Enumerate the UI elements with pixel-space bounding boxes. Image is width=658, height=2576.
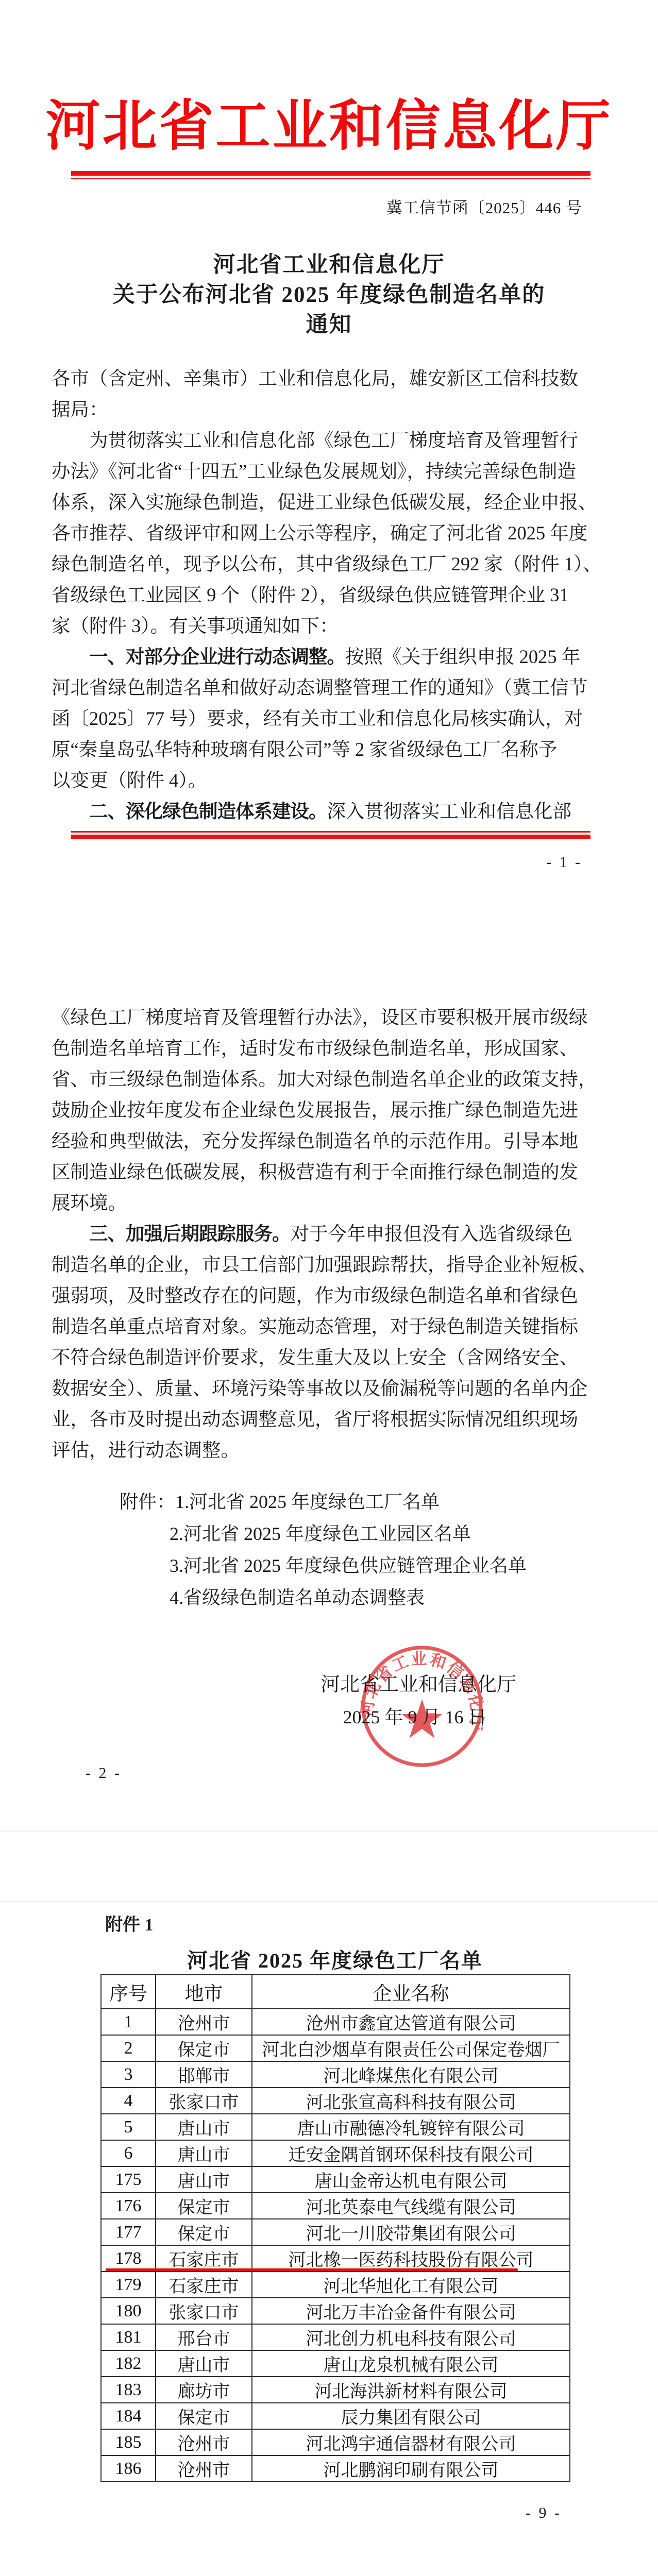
body-text-line: 函〔2025〕77 号）要求，经有关市工业和信息化局核实确认，对 — [52, 703, 598, 734]
page-number-1: - 1 - — [536, 853, 593, 872]
body-text: 河北省绿色制造名单和做好动态调整管理工作的通知》（冀工信节 — [52, 677, 587, 698]
table-column-header: 企业名称 — [252, 1975, 570, 2009]
signature-date: 2025 年 9 月 16 日 — [314, 1705, 515, 1729]
body-text: 展环境。 — [52, 1192, 127, 1213]
body-text: 鼓励企业按年度发布企业绿色发展报告，展示推广绿色制造先进 — [52, 1099, 578, 1121]
document-number: 冀工信节函〔2025〕446 号 — [0, 198, 582, 218]
body-text-line: 不符合绿色制造评价要求，发生重大及以上安全（含网络安全、 — [52, 1342, 598, 1373]
notice-title-line: 关于公布河北省 2025 年度绿色制造名单的 — [0, 280, 658, 310]
body-text-line: 一、对部分企业进行动态调整。按照《关于组织申报 2025 年 — [52, 641, 598, 672]
table-row: 3邯郸市河北峰煤焦化有限公司 — [101, 2061, 570, 2088]
body-text-line: 各市推荐、省级评审和网上公示等程序，确定了河北省 2025 年度 — [52, 518, 598, 549]
body-text: 省级绿色工业园区 9 个（附件 2），省级绿色供应链管理企业 31 — [52, 584, 569, 605]
table-row: 1沧州市沧州市鑫宜达管道有限公司 — [101, 2009, 570, 2035]
row-number-cell: 185 — [101, 2429, 156, 2455]
company-name-cell: 唐山龙泉机械有限公司 — [252, 2350, 570, 2377]
company-name-cell: 河北峰煤焦化有限公司 — [252, 2061, 570, 2088]
rule-thin-bar — [71, 178, 590, 179]
company-name-cell: 辰力集团有限公司 — [252, 2403, 570, 2429]
company-name-cell: 河北华旭化工有限公司 — [252, 2272, 570, 2298]
section-heading-text: 二、深化绿色制造体系建设。 — [89, 801, 327, 822]
city-cell: 沧州市 — [156, 2429, 252, 2455]
body-text-line: 色制造名单培育工作，适时发布市级绿色制造名单，形成国家、 — [52, 1033, 598, 1064]
page1-body: 各市（含定州、辛集市）工业和信息化局，雄安新区工信科技数据局：为贯彻落实工业和信… — [52, 363, 598, 827]
table-row: 2保定市河北白沙烟草有限责任公司保定卷烟厂 — [101, 2035, 570, 2061]
official-document: 河北省工业和信息化厅 冀工信节函〔2025〕446 号 河北省工业和信息化厅关于… — [0, 0, 658, 2576]
page-number-9: - 9 - — [515, 2504, 572, 2522]
table-row: 177保定市河北一川胶带集团有限公司 — [101, 2219, 570, 2245]
row-number-cell: 183 — [101, 2377, 156, 2403]
body-text-line: 制造名单重点培育对象。实施动态管理，对于绿色制造关键指标 — [52, 1311, 598, 1342]
body-text-line: 体系，深入实施绿色制造，促进工业绿色低碳发展，经企业申报、 — [52, 487, 598, 518]
row-number-cell: 176 — [101, 2193, 156, 2219]
table-row: 6唐山市迁安金隅首钢环保科技有限公司 — [101, 2140, 570, 2166]
table-column-header: 地市 — [156, 1975, 252, 2009]
section-heading-text: 三、加强后期跟踪服务。 — [89, 1223, 291, 1244]
body-text: 强弱项，及时整改存在的问题，作为市级绿色制造名单和省绿色 — [52, 1285, 578, 1306]
body-text-line: 绿色制造名单，现予以公布，其中省级绿色工厂 292 家（附件 1）、 — [52, 549, 598, 580]
body-text: 业，各市及时提出动态调整意见，省厅将根据实际情况组织现场 — [52, 1409, 578, 1430]
body-text-line: 评估，进行动态调整。 — [52, 1435, 598, 1466]
page2-body: 《绿色工厂梯度培育及管理暂行办法》，设区市要积极开展市级绿色制造名单培育工作，适… — [52, 1002, 598, 1466]
row-number-cell: 180 — [101, 2298, 156, 2324]
company-name-cell: 河北英泰电气线缆有限公司 — [252, 2193, 570, 2219]
company-name-cell: 河北橡一医药科技股份有限公司 — [252, 2245, 570, 2272]
city-cell: 石家庄市 — [156, 2272, 252, 2298]
body-text: 办法》《河北省“十四五”工业绿色发展规划》，持续完善绿色制造 — [52, 461, 576, 482]
body-text-line: 家（附件 3）。有关事项通知如下： — [52, 611, 598, 641]
row-number-cell: 4 — [101, 2088, 156, 2114]
table-row: 179石家庄市河北华旭化工有限公司 — [101, 2272, 570, 2298]
body-text-line: 制造名单的企业，市县工信部门加强跟踪帮扶，指导企业补短板、 — [52, 1249, 598, 1280]
body-text-line: 河北省绿色制造名单和做好动态调整管理工作的通知》（冀工信节 — [52, 672, 598, 703]
attachment-item: 3.河北省 2025 年度绿色供应链管理企业名单 — [120, 1550, 527, 1582]
city-cell: 张家口市 — [156, 2088, 252, 2114]
page-separator-line — [0, 1901, 658, 1902]
green-factory-table: 序号地市企业名称 1沧州市沧州市鑫宜达管道有限公司2保定市河北白沙烟草有限责任公… — [100, 1974, 570, 2482]
table-row: 186沧州市河北鹏润印刷有限公司 — [101, 2455, 570, 2482]
body-text: 原“秦皇岛弘华特种玻璃有限公司”等 2 家省级绿色工厂名称予 — [52, 739, 557, 760]
company-name-cell: 河北鸿宇通信器材有限公司 — [252, 2429, 570, 2455]
table-row: 175唐山市唐山金帝达机电有限公司 — [101, 2166, 570, 2193]
table-row: 180张家口市河北万丰冶金备件有限公司 — [101, 2298, 570, 2324]
body-text: 体系，深入实施绿色制造，促进工业绿色低碳发展，经企业申报、 — [52, 492, 597, 513]
body-text: 对于今年申报但没有入选省级绿色 — [291, 1223, 573, 1244]
body-text: 色制造名单培育工作，适时发布市级绿色制造名单，形成国家、 — [52, 1038, 578, 1059]
rule-thick-bar — [71, 835, 590, 839]
row-number-cell: 179 — [101, 2272, 156, 2298]
row-number-cell: 181 — [101, 2324, 156, 2350]
notice-title-line: 河北省工业和信息化厅 — [0, 250, 658, 280]
table-header-row: 序号地市企业名称 — [101, 1975, 570, 2009]
table-row: 4张家口市河北张宣高科科技有限公司 — [101, 2088, 570, 2114]
row-number-cell: 177 — [101, 2219, 156, 2245]
section-heading-text: 一、对部分企业进行动态调整。 — [89, 646, 345, 667]
body-text-line: 数据安全）、质量、环境污染等事故以及偷漏税等问题的名单内企 — [52, 1373, 598, 1404]
city-cell: 石家庄市 — [156, 2245, 252, 2272]
city-cell: 唐山市 — [156, 2140, 252, 2166]
body-text-line: 省、市三级绿色制造体系。加大对绿色制造名单企业的政策支持， — [52, 1064, 598, 1095]
page-separator-line — [0, 1831, 658, 1832]
city-cell: 保定市 — [156, 2219, 252, 2245]
body-text-line: 展环境。 — [52, 1188, 598, 1218]
body-text-line: 区制造业绿色低碳发展，积极营造有利于全面推行绿色制造的发 — [52, 1157, 598, 1188]
body-text-line: 《绿色工厂梯度培育及管理暂行办法》，设区市要积极开展市级绿 — [52, 1002, 598, 1033]
body-text: 评估，进行动态调整。 — [52, 1439, 240, 1461]
rule-thick-bar — [71, 171, 590, 176]
table-row: 185沧州市河北鸿宇通信器材有限公司 — [101, 2429, 570, 2455]
row-number-cell: 178 — [101, 2245, 156, 2272]
body-text-line: 强弱项，及时整改存在的问题，作为市级绿色制造名单和省绿色 — [52, 1280, 598, 1311]
notice-title-line: 通知 — [0, 310, 658, 340]
company-name-cell: 河北张宣高科科技有限公司 — [252, 2088, 570, 2114]
body-text: 区制造业绿色低碳发展，积极营造有利于全面推行绿色制造的发 — [52, 1161, 578, 1182]
city-cell: 唐山市 — [156, 2114, 252, 2140]
body-text-line: 据局： — [52, 394, 598, 425]
city-cell: 邢台市 — [156, 2324, 252, 2350]
row-number-cell: 175 — [101, 2166, 156, 2193]
body-text-line: 省级绿色工业园区 9 个（附件 2），省级绿色供应链管理企业 31 — [52, 580, 598, 611]
company-name-cell: 沧州市鑫宜达管道有限公司 — [252, 2009, 570, 2035]
body-text: 绿色制造名单，现予以公布，其中省级绿色工厂 292 家（附件 1）、 — [52, 553, 602, 574]
annex1-label: 附件 1 — [105, 1914, 154, 1936]
annex1-table-title: 河北省 2025 年度绿色工厂名单 — [100, 1948, 569, 1973]
body-text: 以变更（附件 4）。 — [52, 770, 207, 791]
company-name-cell: 唐山金帝达机电有限公司 — [252, 2166, 570, 2193]
city-cell: 保定市 — [156, 2403, 252, 2429]
company-name-cell: 河北一川胶带集团有限公司 — [252, 2219, 570, 2245]
table-row: 176保定市河北英泰电气线缆有限公司 — [101, 2193, 570, 2219]
row-number-cell: 5 — [101, 2114, 156, 2140]
body-text-line: 办法》《河北省“十四五”工业绿色发展规划》，持续完善绿色制造 — [52, 456, 598, 487]
table-row: 183廊坊市河北海洪新材料有限公司 — [101, 2377, 570, 2403]
table-column-header: 序号 — [101, 1975, 156, 2009]
page1-bottom-double-rule — [71, 831, 590, 839]
body-text: 家（附件 3）。有关事项通知如下： — [52, 615, 339, 636]
body-text: 按照《关于组织申报 2025 年 — [345, 646, 580, 667]
table-row: 182唐山市唐山龙泉机械有限公司 — [101, 2350, 570, 2377]
row-number-cell: 184 — [101, 2403, 156, 2429]
body-text-line: 经验和典型做法，充分发挥绿色制造名单的示范作用。引导本地 — [52, 1126, 598, 1157]
city-cell: 沧州市 — [156, 2455, 252, 2482]
city-cell: 保定市 — [156, 2035, 252, 2061]
row-number-cell: 3 — [101, 2061, 156, 2088]
body-text: 函〔2025〕77 号）要求，经有关市工业和信息化局核实确认，对 — [52, 708, 583, 729]
row-number-cell: 186 — [101, 2455, 156, 2482]
body-text-line: 为贯彻落实工业和信息化部《绿色工厂梯度培育及管理暂行 — [52, 425, 598, 456]
company-name-cell: 河北海洪新材料有限公司 — [252, 2377, 570, 2403]
notice-title: 河北省工业和信息化厅关于公布河北省 2025 年度绿色制造名单的通知 — [0, 250, 658, 340]
attachment-item: 2.河北省 2025 年度绿色工业园区名单 — [120, 1518, 527, 1550]
body-text: 各市（含定州、辛集市）工业和信息化局，雄安新区工信科技数 — [52, 368, 578, 389]
city-cell: 唐山市 — [156, 2350, 252, 2377]
body-text: 《绿色工厂梯度培育及管理暂行办法》，设区市要积极开展市级绿 — [52, 1007, 587, 1028]
table-row: 184保定市辰力集团有限公司 — [101, 2403, 570, 2429]
body-text: 数据安全）、质量、环境污染等事故以及偷漏税等问题的名单内企 — [52, 1378, 587, 1399]
company-name-cell: 河北鹏润印刷有限公司 — [252, 2455, 570, 2482]
letterhead-double-rule — [71, 171, 590, 179]
body-text-line: 业，各市及时提出动态调整意见，省厅将根据实际情况组织现场 — [52, 1404, 598, 1435]
body-text-line: 鼓励企业按年度发布企业绿色发展报告，展示推广绿色制造先进 — [52, 1095, 598, 1126]
city-cell: 张家口市 — [156, 2298, 252, 2324]
body-text: 省、市三级绿色制造体系。加大对绿色制造名单企业的政策支持， — [52, 1069, 597, 1090]
body-text: 为贯彻落实工业和信息化部《绿色工厂梯度培育及管理暂行 — [89, 430, 578, 451]
table-row: 5唐山市唐山市融德冷轧镀锌有限公司 — [101, 2114, 570, 2140]
row-number-cell: 2 — [101, 2035, 156, 2061]
city-cell: 邯郸市 — [156, 2061, 252, 2088]
body-text-line: 原“秦皇岛弘华特种玻璃有限公司”等 2 家省级绿色工厂名称予 — [52, 734, 598, 765]
body-text: 各市推荐、省级评审和网上公示等程序，确定了河北省 2025 年度 — [52, 522, 587, 544]
body-text-line: 各市（含定州、辛集市）工业和信息化局，雄安新区工信科技数 — [52, 363, 598, 394]
city-cell: 廊坊市 — [156, 2377, 252, 2403]
row-number-cell: 182 — [101, 2350, 156, 2377]
rule-thin-bar — [71, 831, 590, 833]
company-name-cell: 迁安金隅首钢环保科技有限公司 — [252, 2140, 570, 2166]
row-178-red-underline — [106, 2268, 518, 2271]
city-cell: 唐山市 — [156, 2166, 252, 2193]
body-text-line: 以变更（附件 4）。 — [52, 765, 598, 796]
row-number-cell: 6 — [101, 2140, 156, 2166]
attachment-item: 4.省级绿色制造名单动态调整表 — [120, 1582, 527, 1614]
body-text: 制造名单重点培育对象。实施动态管理，对于绿色制造关键指标 — [52, 1316, 578, 1337]
city-cell: 沧州市 — [156, 2009, 252, 2035]
body-text: 不符合绿色制造评价要求，发生重大及以上安全（含网络安全、 — [52, 1347, 578, 1368]
body-text: 深入贯彻落实工业和信息化部 — [327, 801, 572, 822]
row-number-cell: 1 — [101, 2009, 156, 2035]
company-name-cell: 河北创力机电科技有限公司 — [252, 2324, 570, 2350]
attachment-item: 附件：1.河北省 2025 年度绿色工厂名单 — [120, 1486, 527, 1518]
table-row: 178石家庄市河北橡一医药科技股份有限公司 — [101, 2245, 570, 2272]
city-cell: 保定市 — [156, 2193, 252, 2219]
body-text: 据局： — [52, 399, 108, 420]
attachments-list: 附件：1.河北省 2025 年度绿色工厂名单2.河北省 2025 年度绿色工业园… — [120, 1486, 527, 1614]
company-name-cell: 河北万丰冶金备件有限公司 — [252, 2298, 570, 2324]
table-row: 181邢台市河北创力机电科技有限公司 — [101, 2324, 570, 2350]
page-number-2: - 2 - — [80, 1764, 127, 1783]
signature-agency: 河北省工业和信息化厅 — [315, 1672, 521, 1697]
body-text-line: 二、深化绿色制造体系建设。深入贯彻落实工业和信息化部 — [52, 796, 598, 827]
body-text-line: 三、加强后期跟踪服务。对于今年申报但没有入选省级绿色 — [52, 1218, 598, 1249]
body-text: 经验和典型做法，充分发挥绿色制造名单的示范作用。引导本地 — [52, 1130, 578, 1151]
body-text: 制造名单的企业，市县工信部门加强跟踪帮扶，指导企业补短板、 — [52, 1254, 597, 1275]
letterhead-agency-title: 河北省工业和信息化厅 — [0, 91, 658, 163]
company-name-cell: 河北白沙烟草有限责任公司保定卷烟厂 — [252, 2035, 570, 2061]
company-name-cell: 唐山市融德冷轧镀锌有限公司 — [252, 2114, 570, 2140]
